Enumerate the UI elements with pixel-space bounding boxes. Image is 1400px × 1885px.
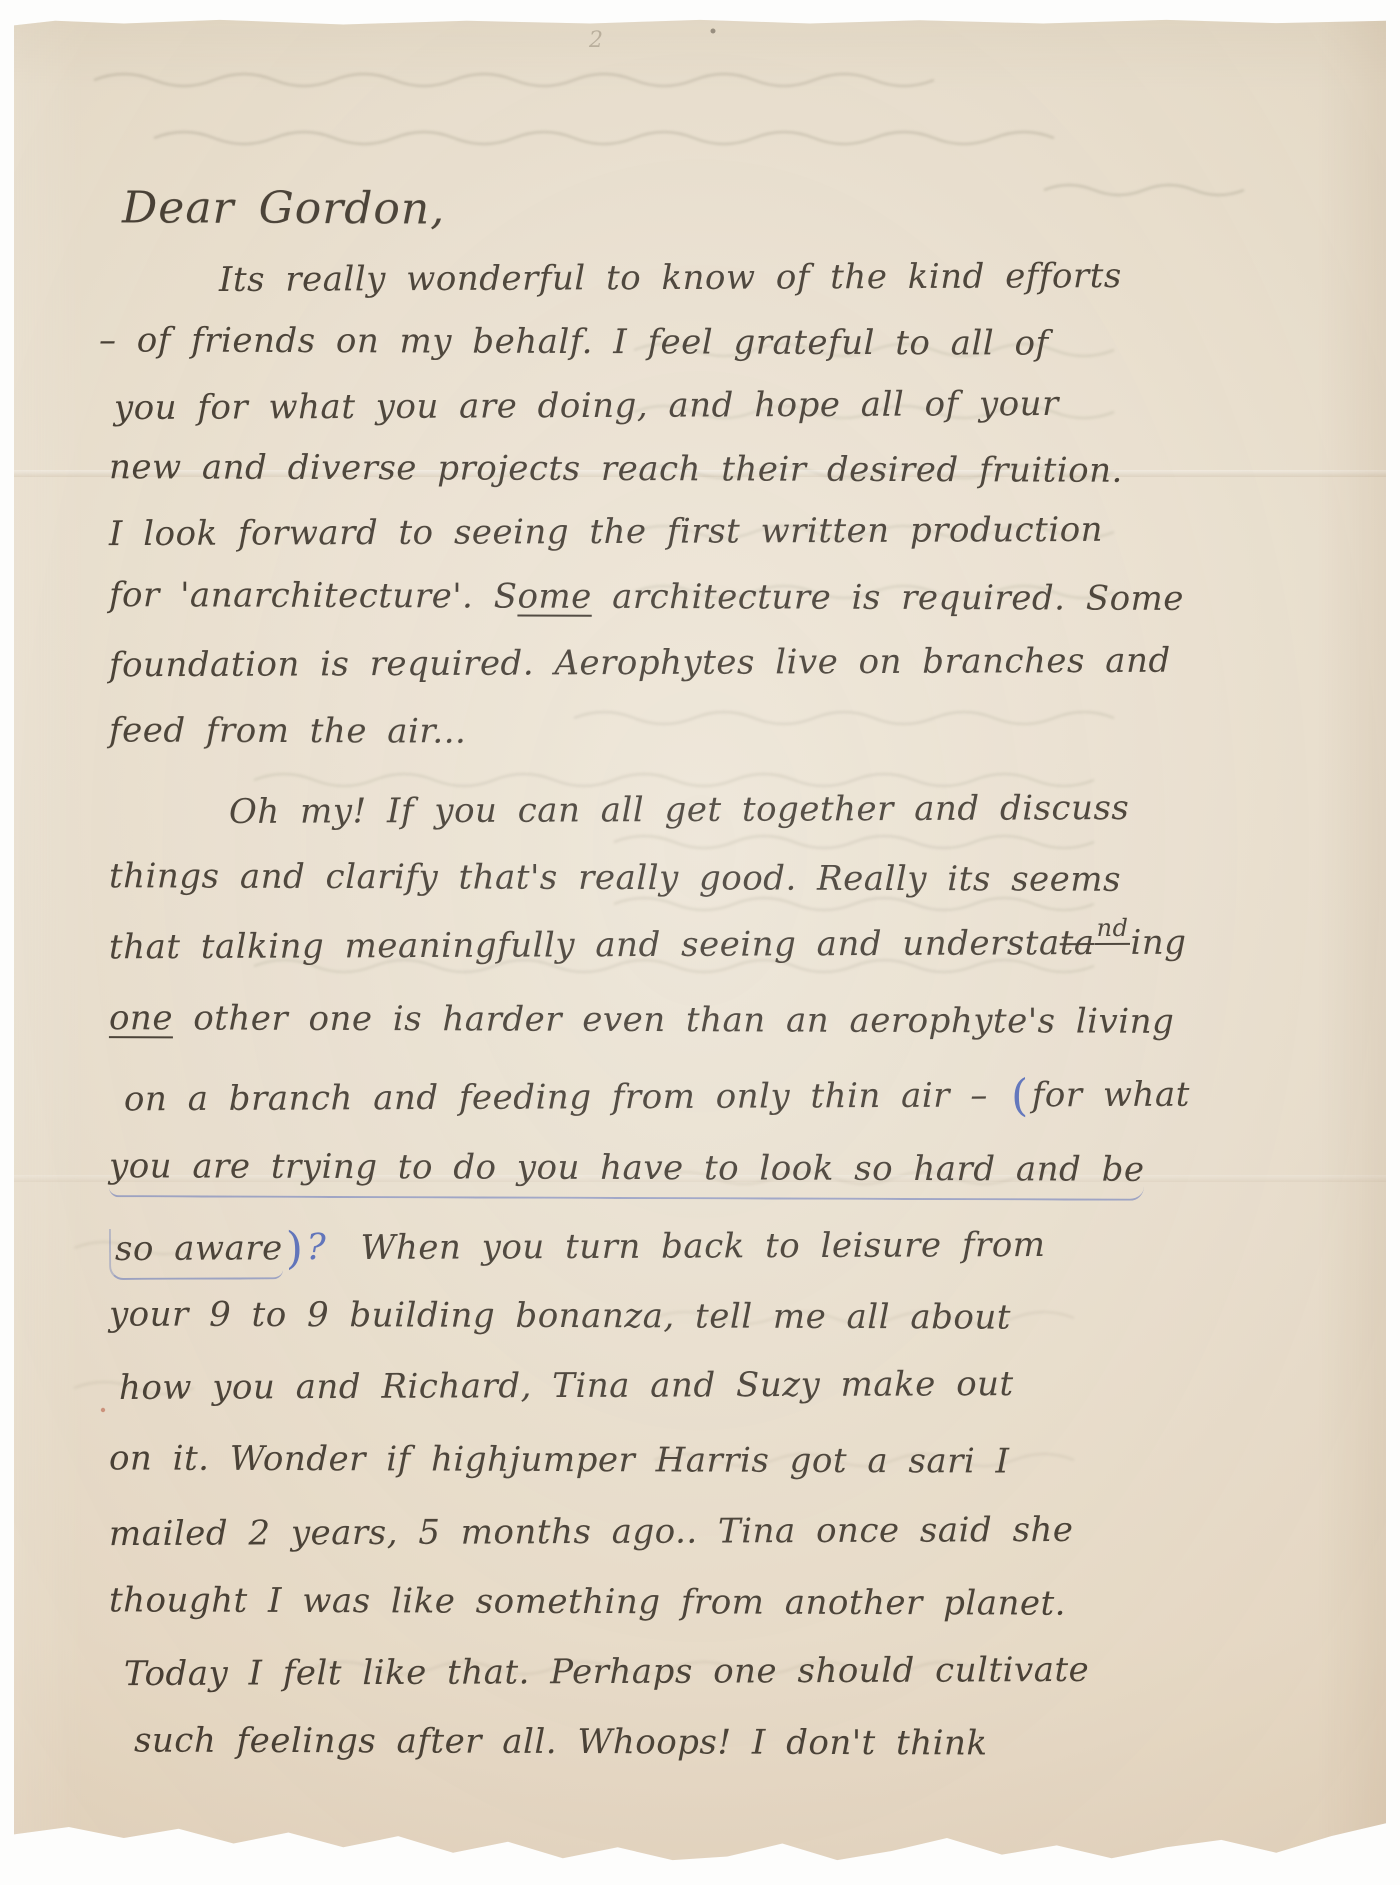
line-text: for what	[1032, 1075, 1190, 1116]
line-text: other one is harder even than an aerophy…	[173, 998, 1174, 1041]
line-text: ing	[1130, 923, 1186, 963]
letter-line: such feelings after all. Whoops! I don't…	[134, 1721, 988, 1764]
ink-speck	[101, 1408, 105, 1412]
letter-line: – of friends on my behalf. I feel gratef…	[99, 320, 1049, 363]
letter-line: how you and Richard, Tina and Suzy make …	[119, 1364, 1014, 1408]
letter-line: new and diverse projects reach their des…	[109, 447, 1123, 491]
blue-open-paren-annotation: (	[1008, 1070, 1032, 1121]
struck-letters: ta	[1060, 923, 1095, 963]
underlined-word: one	[109, 998, 173, 1038]
blue-question-mark-annotation: ?	[306, 1227, 340, 1268]
line-text: When you turn back to leisure from	[340, 1225, 1045, 1268]
letter-line: things and clarify that's really good. R…	[109, 856, 1121, 900]
letter-line: that talking meaningfully and seeing and…	[109, 923, 1187, 968]
line-text: for 'anarchitecture'. S	[109, 575, 518, 616]
letter-line: mailed 2 years, 5 months ago.. Tina once…	[109, 1510, 1074, 1554]
letter-page: 2 Dear Gordon, Its really wonderful to k…	[14, 18, 1386, 1862]
letter-line: Oh my! If you can all get together and d…	[229, 788, 1129, 832]
letter-line: foundation is required. Aerophytes live …	[109, 641, 1171, 686]
letter-line: your 9 to 9 building bonanza, tell me al…	[109, 1294, 1011, 1337]
superscript-correction: nd	[1095, 914, 1131, 945]
letter-line: on it. Wonder if highjumper Harris got a…	[109, 1438, 1010, 1481]
blue-close-paren-annotation: )	[283, 1223, 307, 1274]
line-text: on a branch and feeding from only thin a…	[124, 1075, 1008, 1119]
page-number: 2	[589, 28, 603, 53]
letter-line: on a branch and feeding from only thin a…	[124, 1070, 1190, 1126]
letter-line: Its really wonderful to know of the kind…	[219, 256, 1122, 300]
letter-line: feed from the air...	[109, 710, 466, 751]
letter-line: you are trying to do you have to look so…	[109, 1146, 1145, 1201]
letter-line: for 'anarchitecture'. Some architecture …	[109, 575, 1184, 619]
letter-line: thought I was like something from anothe…	[109, 1580, 1066, 1623]
ink-speck	[711, 29, 716, 34]
underlined-word: ome	[517, 577, 591, 617]
letter-line: I look forward to seeing the first writt…	[109, 510, 1103, 554]
line-text: that talking meaningfully and seeing and…	[109, 923, 1060, 967]
letter-line: so aware)? When you turn back to leisure…	[109, 1220, 1046, 1275]
salutation: Dear Gordon,	[122, 182, 445, 234]
blue-underlined-words: so aware	[109, 1228, 283, 1280]
line-text: architecture is required. Some	[592, 577, 1184, 619]
letter-line: you for what you are doing, and hope all…	[114, 384, 1059, 428]
letter-line: Today I felt like that. Perhaps one shou…	[124, 1650, 1089, 1694]
letter-line: one other one is harder even than an aer…	[109, 998, 1174, 1042]
